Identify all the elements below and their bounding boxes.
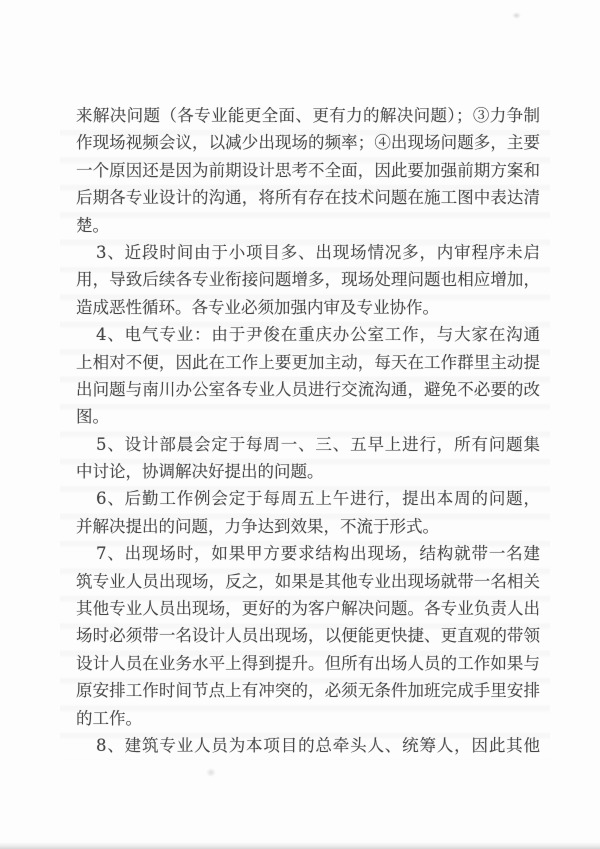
text-line: 出问题与南川办公室各专业人员进行交流沟通，避免不必要的改 [76,376,540,403]
text-line: 其他专业人员出现场，更好的为客户解决问题。各专业负责人出 [76,595,540,622]
scan-speck-artifact [512,12,521,19]
paragraph: 4、电气专业：由于尹俊在重庆办公室工作，与大家在沟通上相对不便，因此在工作上要更… [76,321,540,431]
text-line: 造成恶性循环。各专业必须加强内审及专业协作。 [76,294,540,321]
text-line: 7、出现场时，如果甲方要求结构出现场，结构就带一名建 [76,540,540,567]
text-line: 5、设计部晨会定于每周一、三、五早上进行，所有问题集 [76,431,540,458]
text-line: 并解决提出的问题，力争达到效果，不流于形式。 [76,513,540,540]
text-line: 后期各专业设计的沟通，将所有存在技术问题在施工图中表达清 [76,184,540,211]
text-line: 用，导致后续各专业衔接问题增多，现场处理问题也相应增加， [76,266,540,293]
text-line: 设计人员在业务水平上得到提升。但所有出场人员的工作如果与 [76,650,540,677]
text-line: 4、电气专业：由于尹俊在重庆办公室工作，与大家在沟通 [76,321,540,348]
text-line: 中讨论，协调解决好提出的问题。 [76,458,540,485]
text-line: 6、后勤工作例会定于每周五上午进行，提出本周的问题， [76,485,540,512]
text-line: 3、近段时间由于小项目多、出现场情况多，内审程序未启 [76,239,540,266]
scan-edge-shadow [0,842,600,849]
paragraph: 来解决问题（各专业能更全面、更有力的解决问题）；③力争制作现场视频会议，以减少出… [76,102,540,239]
scanned-document-page: 来解决问题（各专业能更全面、更有力的解决问题）；③力争制作现场视频会议，以减少出… [0,0,600,849]
paragraph: 5、设计部晨会定于每周一、三、五早上进行，所有问题集中讨论，协调解决好提出的问题… [76,431,540,486]
text-line: 图。 [76,403,540,430]
paragraph: 8、建筑专业人员为本项目的总牵头人、统筹人，因此其他 [76,732,540,759]
text-line: 筑专业人员出现场，反之，如果是其他专业出现场就带一名相关 [76,568,540,595]
paragraph: 7、出现场时，如果甲方要求结构出现场，结构就带一名建筑专业人员出现场，反之，如果… [76,540,540,732]
text-line: 一个原因还是因为前期设计思考不全面，因此要加强前期方案和 [76,157,540,184]
text-line: 8、建筑专业人员为本项目的总牵头人、统筹人，因此其他 [76,732,540,759]
text-line: 的工作。 [76,705,540,732]
document-body: 来解决问题（各专业能更全面、更有力的解决问题）；③力争制作现场视频会议，以减少出… [76,102,540,759]
text-line: 作现场视频会议，以减少出现场的频率；④出现场问题多，主要 [76,129,540,156]
text-line: 原安排工作时间节点上有冲突的，必须无条件加班完成手里安排 [76,677,540,704]
text-line: 场时必须带一名设计人员出现场，以便能更快捷、更直观的带领 [76,622,540,649]
paragraph: 6、后勤工作例会定于每周五上午进行，提出本周的问题，并解决提出的问题，力争达到效… [76,485,540,540]
text-line: 楚。 [76,212,540,239]
text-line: 来解决问题（各专业能更全面、更有力的解决问题）；③力争制 [76,102,540,129]
text-line: 上相对不便，因此在工作上要更加主动，每天在工作群里主动提 [76,349,540,376]
paragraph: 3、近段时间由于小项目多、出现场情况多，内审程序未启用，导致后续各专业衔接问题增… [76,239,540,321]
scan-speck-artifact [206,768,216,777]
